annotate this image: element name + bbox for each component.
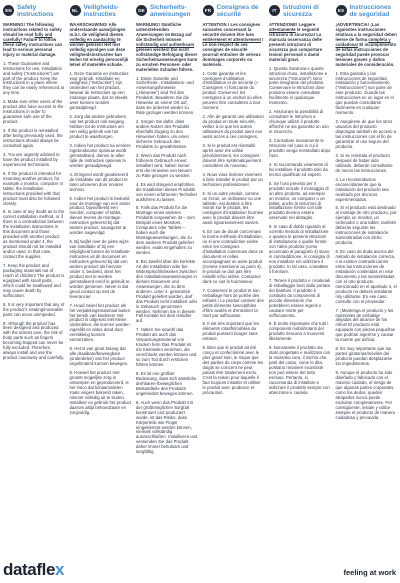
language-column-fr: FR Consignes de sécurité ATTENTION ! Les… xyxy=(203,4,265,459)
instruction-paragraph: 9. Aunque el producto ha sido diseñado y… xyxy=(336,371,398,421)
instruction-paragraph: 7. Tenere il prodotto e i materiali di i… xyxy=(269,279,331,319)
instruction-paragraph: 9. Bien que le produit ait été conçu et … xyxy=(203,346,265,396)
instruction-paragraph: 7. Keep the product and packaging materi… xyxy=(3,264,65,299)
warning-intro: WARNUNG! Sämtliche untenstehenden Anweis… xyxy=(136,23,198,73)
instruction-paragraph: 9. Although the product has been designe… xyxy=(3,322,65,362)
language-column-nl: NL Veiligheids­instructies WAARSCHUWING!… xyxy=(70,4,132,459)
language-badge: ES xyxy=(336,5,347,16)
instruction-paragraph: 3. Si se reinstala el producto después d… xyxy=(336,154,398,174)
instruction-paragraph: 4. Le recomendamos encarecidamente que l… xyxy=(336,178,398,203)
instruction-paragraph: 8. Es ist von größter Bedeutung, dass si… xyxy=(136,372,198,397)
column-title: Veiligheids­instructies xyxy=(84,4,132,18)
instruction-paragraph: 2. Sorgen Sie dafür, dass andere Nutzer … xyxy=(136,120,198,150)
instruction-paragraph: 2. Assicurare la possibilità di consulta… xyxy=(269,110,331,135)
instruction-paragraph: 7. Halten Sie sowohl das Produkt als auc… xyxy=(136,328,198,368)
instruction-paragraph: 9. Auch wenn das Produkt mit der größtmö… xyxy=(136,401,198,455)
instruction-paragraph: 5. Falls das Produkt für die Montage ein… xyxy=(136,206,198,256)
logo-text-main: datafle xyxy=(3,560,55,579)
column-title: Sicherheits­anweisungen xyxy=(150,4,198,18)
instruction-paragraph: 8. Het is van groot belang dat alle draa… xyxy=(70,347,132,367)
tagline: feeling at work xyxy=(343,569,396,579)
instruction-paragraph: 1. Diese Garantie und Sicherheits-, Inst… xyxy=(136,77,198,117)
instruction-paragraph: 1. Esta garantía y las instrucciones de … xyxy=(336,72,398,117)
instruction-paragraph: 6. Bij twijfel over de juiste wijze van … xyxy=(70,240,132,299)
intro-text: WARNING! The following instructions rela… xyxy=(3,22,62,37)
instruction-paragraph: 3. Consultare nuovamente le Istruzioni n… xyxy=(269,139,331,159)
warning-intro: WAARSCHUWING! Alle onderstaande aanwijzi… xyxy=(70,23,132,68)
intro-text: WARNUNG! Sämtliche untenstehenden Anweis… xyxy=(136,22,192,42)
language-column-it: IT Istruzioni di sicurezza ATTENZIONE! L… xyxy=(269,4,331,459)
column-header: EN Safety instructions xyxy=(3,4,65,19)
instruction-paragraph: 4. Es wird dringend empfohlen, die Insta… xyxy=(136,183,198,203)
column-header: NL Veiligheids­instructies xyxy=(70,4,132,19)
language-badge: DE xyxy=(136,5,147,16)
instruction-paragraph: 2. Make sure other users of the product … xyxy=(3,100,65,125)
column-header: DE Sicherheits­anweisungen xyxy=(136,4,198,19)
instruction-paragraph: 3. If the product is reinstalled after b… xyxy=(3,129,65,149)
column-title: Instrucciones de seguridad xyxy=(350,4,398,18)
instruction-paragraph: 8. Es muy importante que las partes gira… xyxy=(336,347,398,367)
language-columns: EN Safety instructions WARNING! The foll… xyxy=(0,0,400,459)
column-header: IT Istruzioni di sicurezza xyxy=(269,4,331,19)
language-badge: NL xyxy=(70,5,81,16)
footer: dataflex feeling at work xyxy=(3,561,396,578)
language-column-es: ES Instrucciones de seguridad ¡ADVERTENC… xyxy=(336,4,398,459)
language-column-de: DE Sicherheits­anweisungen WARNUNG! Sämt… xyxy=(136,4,198,459)
instruction-paragraph: 2. Asegúrese de que los otros usuarios d… xyxy=(336,120,398,150)
warning-intro: WARNING! The following instructions rela… xyxy=(3,23,65,58)
instruction-paragraph: 5. Se l'uso previsto per il prodotto inc… xyxy=(269,182,331,222)
logo-text-accent: x xyxy=(55,560,64,579)
instruction-paragraph: 8. Il est très important que les élément… xyxy=(203,322,265,342)
instruction-paragraph: 4. Nous vous invitons vivement à faire i… xyxy=(203,173,265,188)
intro-text: gelesen werden! Die nicht vollständige B… xyxy=(136,47,197,72)
instruction-paragraph: 4. Dringend wordt geadviseerd de install… xyxy=(70,173,132,193)
intro-text: le seguenti istruzioni di sicurezza! La … xyxy=(269,27,322,62)
column-header: FR Consignes de sécurité xyxy=(203,4,265,19)
instruction-paragraph: 2. Zorg dat andere gebruikers van het pr… xyxy=(70,115,132,140)
instruction-paragraph: 9. Hoewel het product met grootst mogeli… xyxy=(70,371,132,416)
instruction-paragraph: 3. Si le produit est réinstallé après av… xyxy=(203,144,265,169)
instruction-paragraph: 5. Si un autre produit, comme un écran, … xyxy=(203,192,265,227)
instruction-paragraph: 4. Si raccomanda vivamente di far instal… xyxy=(269,163,331,178)
language-badge: FR xyxy=(203,5,214,16)
language-badge: EN xyxy=(3,5,14,16)
dataflex-logo: dataflex xyxy=(3,561,64,578)
instruction-paragraph: 2. Afin de garantir une utilisation du p… xyxy=(203,115,265,140)
instruction-paragraph: 5. Indien het product is bedoeld voor de… xyxy=(70,197,132,237)
instruction-paragraph: 6. Bei Zweifel über die korrekte Art der… xyxy=(136,260,198,324)
instruction-paragraph: 3. Wenn das Produkt nach früherem Gebrau… xyxy=(136,154,198,179)
instruction-paragraph: 1. Deze Garantie en instructies voor geb… xyxy=(70,72,132,112)
instruction-paragraph: 6. En cas de doute concernant la bonne m… xyxy=(203,230,265,284)
instruction-paragraph: 1. Questa Garanzia e queste istruzioni d… xyxy=(269,67,331,107)
instruction-paragraph: 7. ¡Mantenga el producto y los materiale… xyxy=(336,309,398,344)
column-title: Safety instructions xyxy=(17,4,65,18)
warning-intro: ¡ADVERTENCIA! ¡Las siguientes instruccio… xyxy=(336,23,398,68)
instruction-paragraph: 7. Conservez le produit et son emballage… xyxy=(203,289,265,319)
instruction-paragraph: 3. Indien het product na eerdere ingebru… xyxy=(70,144,132,169)
instruction-paragraph: 5. If the product is intended for mounti… xyxy=(3,172,65,207)
instruction-paragraph: 5. Si el producto está destinado al mont… xyxy=(336,206,398,246)
safety-instructions-sheet: EN Safety instructions WARNING! The foll… xyxy=(0,0,400,583)
language-badge: IT xyxy=(269,5,280,16)
column-title: Istruzioni di sicurezza xyxy=(283,4,331,18)
warning-intro: ATTENTION ! Les consignes suivantes conc… xyxy=(203,23,265,68)
intro-text: te worden gelezen! Het niet volledig opv… xyxy=(70,37,129,67)
instruction-paragraph: 4. You are urgently advised to have the … xyxy=(3,153,65,168)
language-column-en: EN Safety instructions WARNING! The foll… xyxy=(3,4,65,459)
instruction-paragraph: 6. In caso di dubbi riguardo al corretto… xyxy=(269,225,331,275)
instruction-paragraph: 6. In case of any doubt as to the correc… xyxy=(3,210,65,260)
instruction-paragraph: 8. È molto importante che tutti i compon… xyxy=(269,322,331,342)
intro-text: ATTENTION ! Les consignes suivantes conc… xyxy=(203,22,261,37)
instruction-paragraph: 9. Nonostante il prodotto sia stato prog… xyxy=(269,346,331,396)
instruction-paragraph: 6. En caso de duda acerca del método de … xyxy=(336,250,398,304)
instruction-paragraph: 8. It is very important that any of the … xyxy=(3,303,65,318)
column-title: Consignes de sécurité xyxy=(217,4,265,18)
instruction-paragraph: 1. Cette garantie et les consignes d'uti… xyxy=(203,72,265,112)
instruction-paragraph: 7. Houd zowel het product als het verpak… xyxy=(70,304,132,344)
instruction-paragraph: 1. These Guarantee and instructions for … xyxy=(3,62,65,97)
intro-text: WAARSCHUWING! Alle onderstaande aanwijzi… xyxy=(70,22,126,37)
column-header: ES Instrucciones de seguridad xyxy=(336,4,398,19)
warning-intro: ATTENZIONE! Leggere attentamente le segu… xyxy=(269,23,331,63)
